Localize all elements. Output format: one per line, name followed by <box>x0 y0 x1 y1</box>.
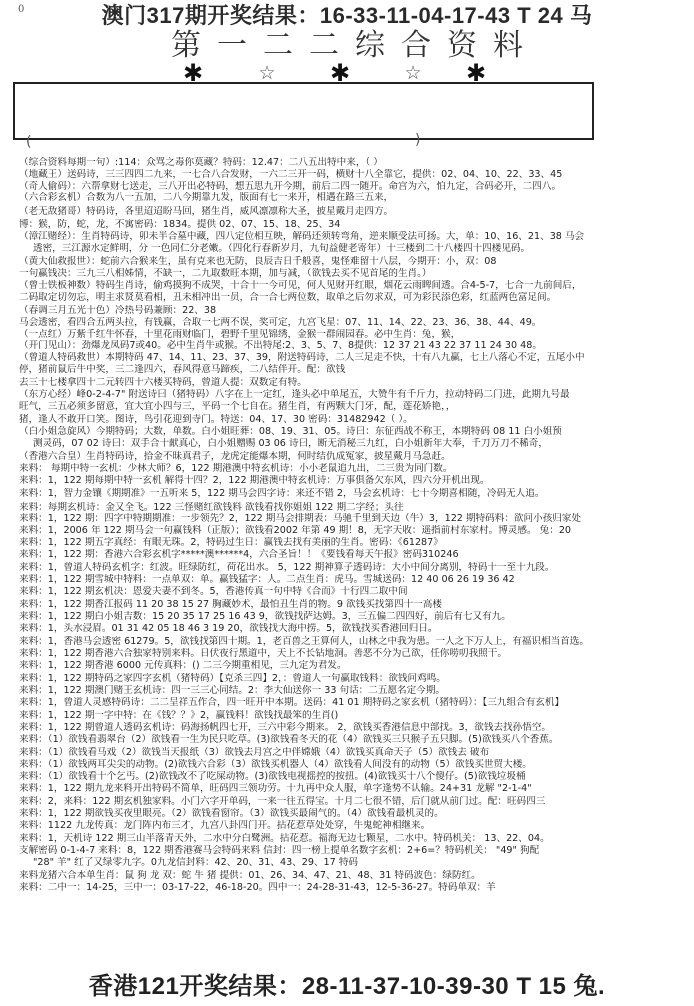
text-line: 支解密码 0-1-4-7 来料：8，122 期香港赛马会特码来料 信封：四一榜上… <box>19 845 679 857</box>
asterisk-star-icon: ✱ <box>330 62 350 84</box>
text-line: 来料：（1）欲钱看翡翠台（2）欲钱看一生为民只吃草。(3)欲钱看冬天的花（4）欲… <box>19 734 679 746</box>
asterisk-star-icon: ✱ <box>183 62 203 84</box>
text-line: 来料：1，122 期白小姐吉数：15 20 35 17 25 16 43 9，欲… <box>19 611 679 623</box>
text-line: 来料：1122 九龙传真：龙门阵内布三才，九宫八卦四门开。拈花惹草处处穿，牛鬼蛇… <box>19 820 679 832</box>
text-line: 二码取定切勿忘，明主求贤莫看相，丑未相冲出一员，合一合七两位数，取单之后勿求双，… <box>19 292 679 304</box>
text-line: （黄大仙救报世）：蛇前六合猴来生，虽有克来也无防，良辰吉日千般喜，鬼怪难留十八层… <box>19 256 679 268</box>
text-line: （曾道人特码救世）本期特码 47、14、11、23、37、39，附送特码诗，二人… <box>19 352 679 364</box>
text-line: 来料：（1）欲钱两耳尖尖的动物。(2)欲钱六合彩（3）欲钱买机器人（4）欲钱看人… <box>19 759 679 771</box>
text-line: 来料：1，香港马会透密 61279。5，欲钱找第四十期。1，老百兽之王算何人，山… <box>19 636 679 648</box>
text-line: （地藏王）送码诗，三三四四二九来，一七合八合发财，一六二三开一码，横财十八全靠它… <box>19 169 679 181</box>
text-line: （奇人偷码）：六帮拿财七送走，三八开出必特码，想五思九开今期，前后二四一随开。命… <box>19 181 679 193</box>
text-line: （香港六合皇）生肖特码诗，拾金不昧真君子，龙虎定能爆本期，何时结仇成冤家，披星戴… <box>19 451 679 463</box>
text-line: 来料：1，122 期香港六合独家特别来料。日伏夜行黑道中，天上不长钻地洞。善恶不… <box>19 648 679 660</box>
text-line: （东方心经）峰0-2-4-7" 附送诗曰（猪特码）八字在上一定红，逢头必中单尾五… <box>19 389 679 401</box>
star-decoration-row: ✱ ☆ ✱ ☆ ✱ <box>0 62 694 84</box>
text-line: 来料：2，来料：122 期玄机独家料。小门六字开单码，一来一往五得宝。十月二七很… <box>19 796 679 808</box>
document-body: （综合资料每期一句）:114：众骂之毒你莫藏？特码：12.47：二八五出特中来，… <box>19 157 679 894</box>
text-line: （曾士铁板神数）特码生肖诗，偷鸡摸狗不成哭，十合十一今可见，何人见财开红眼，烟花… <box>19 280 679 292</box>
text-line: 来料：1，122 期香江报码 11 20 38 15 27 胸藏妙术，最怕丑生肖… <box>19 599 679 611</box>
text-line: 来料：1，122 期雪城中特料：一点单双：单。赢钱猛字：人。二点生肖：虎马。雪城… <box>19 574 679 586</box>
text-line: 去三十七楼拿四十二元转四十六楼买特码，曾道人提：双数定有特。 <box>19 377 679 389</box>
text-line: （白小姐急旋风）今期特码；大数，单数。白小姐旺葬：08、19、31、05。诗曰：… <box>19 426 679 438</box>
text-line: （开门见山）：劲爆龙凤码7或40。必中生肖牛或猴。不出特尾:2、3、5、7、8提… <box>19 340 679 352</box>
text-line: 来料：二中一：14-25，三中一：03-17-22，46-18-20。四中一：2… <box>19 882 679 894</box>
text-line: 旺气，三五必须多留意，宜大宜小四与三，平码一个七自在。猪生肖，有两颗大门牙，配，… <box>19 401 679 413</box>
text-line: 来料：（1）欲钱看马戏（2）欲钱当天报纸（3）欲钱去月宫之中伴嫦娥（4）欲钱买真… <box>19 747 679 759</box>
text-line: 来料：1，122 期九龙来料开出特码不简单，旺码四三领功劳。十九再中众人服，单字… <box>19 783 679 795</box>
text-line: 来料：1，122 期：四字中特期期准：一步领先？2，122 期马会排期表：马驰千… <box>19 513 679 525</box>
text-line: 一句赢钱决：三九三八相姊情，不缺一，二九取数旺本期，加与减，（欲钱去买不见首尾的… <box>19 268 679 280</box>
text-line: 来料：1，122 期：香港六合彩玄机字*****澳******4，六合圣旨！！《… <box>19 549 679 561</box>
text-line: 来料：1，曾道人特码玄机字：红波。旺绿防红，荷花出水。 5，122 期神算子透码… <box>19 562 679 574</box>
text-line: 来料： 每期中特一玄机：少林大师？6，122 期港澳中特玄机诗：小小老鼠追九出，… <box>19 463 679 475</box>
text-line: （六合彩玄机）合数为八一五加，二八今期靠九发，版面有七一来开，相遇在路三五来， <box>19 192 679 204</box>
text-line: 来料：1，曾道人灵感特码诗：二二呈祥五作合，四一旺开中本期。送码：41 01 期… <box>19 697 679 709</box>
text-line: 猪，逢人不敢开口笑。图诗，鸟引花迎到寺门。特送：04、17、30 密码：3148… <box>19 414 679 426</box>
text-line: （漳江赌经）：生肖特码诗，卯未半合墓中藏，四八定位相互映，解码还须转弯角，逆来顺… <box>19 231 679 243</box>
text-line: 来料：1，122 期每期中特一玄机 解得十四？2，122 期港澳中特玄机诗：万事… <box>19 475 679 487</box>
text-line: （老无敌猪哥）特码诗，各里迢迢盼马回，猪生肖，威风凛凛称大圣，披星戴月走四方。 <box>19 206 679 218</box>
text-line: 来料：每期玄机诗：金又全飞。122 三怪赌红欲钱料 欲钱看找你姐姐 122 期二… <box>19 502 679 514</box>
right-paren-mark: ) <box>415 132 420 148</box>
text-line: 测灵码，07 02 诗曰：双手合十献真心，白小姐赠赐 03 06 诗曰，断无消秘… <box>19 438 679 450</box>
text-line: （综合资料每期一句）:114：众骂之毒你莫藏？特码：12.47：二八五出特中来，… <box>19 157 679 169</box>
hongkong-draw-result-footer: 香港121开奖结果：28-11-37-10-39-30 T 15 兔. <box>0 970 694 1004</box>
outline-star-icon: ☆ <box>257 62 277 84</box>
text-line: 来料：1，122 期五字真经：有眼无珠。2，特码过生日：赢钱去找有美丽的生肖。密… <box>19 537 679 549</box>
text-line: 来料：1，122 期特码之家四字玄机（猪特码）【克杀三四】2，：曾道人一句赢取钱… <box>19 673 679 685</box>
text-line: 来料：1，122 期一字中特：在《钱？？》2，赢钱料！欲钱找最笨的生肖() <box>19 710 679 722</box>
text-line: 博：猴，防，蛇，龙，不寓密码：1834。提供 02、07、15、18、25、34 <box>19 219 679 231</box>
text-line: 透密，三江源水定鲜明，分 一色同仁分老嫩。（四化行春新岁月，九旬益健老寄年）十三… <box>19 243 679 255</box>
text-line: "28" 羊" 红了又绿零九字。0九龙信封料：42、20、31、43、29、17… <box>19 857 679 869</box>
text-line: 来料：1，2006 年 122 期马会一句赢钱料（正版）；欲钱看2002 年第 … <box>19 525 679 537</box>
text-line: 来料：1，天机诗 122 期三山半落青天外，二水中分白鹭洲。拈花惹。福海无边七颗… <box>19 833 679 845</box>
text-line: 来料龙猪六合本单生肖：鼠 狗 龙 双：蛇 牛 猪 提供：01、26、34、47、… <box>19 870 679 882</box>
text-line: 来料：1，智力金镶《期期准》一五听来 5，122 期马会四字诗：来还不错 2，马… <box>19 488 679 500</box>
text-line: （春调三月五光十色）冷热号码兼顾：22、38 <box>19 305 679 317</box>
text-line: 停，猪前鼠后牛中奖，三二逢四六，春风得意马蹄疾，二八结伴开。配：欲钱 <box>19 364 679 376</box>
text-line: （一点红）万紫千红牛怀春，十里花雨财临门，碧野千里见锦绣，金猴一群闹园春。必中生… <box>19 329 679 341</box>
blank-banner-box <box>13 82 594 140</box>
text-line: 来料：1，122 期香港 6000 元传真料：() 二三今期重相见，三九定为君发… <box>19 660 679 672</box>
text-line: 来料：（1）欲钱看十个乞丐。(2)欲钱改不了吃屎动物。(3)欲钱电视摇控的按扭。… <box>19 771 679 783</box>
text-line: 马会透密，看四合五两头拉，有钱赢，合取一七两不误，奖可定，九宫飞星：07、11、… <box>19 317 679 329</box>
text-line: 来料：1，122 期澳门赌王玄机诗：四一三三心同结。2：李大仙送你一 33 句话… <box>19 685 679 697</box>
text-line: 来料：1，122 期欲钱买夜里眼亮。（2）欲钱看窗帘。（3）欲钱买最闹气的。（4… <box>19 808 679 820</box>
text-line: 来料：1，122 期曾道人透码玄机诗：码海扬帆四七开，三六中彩今期来。 2，欲钱… <box>19 722 679 734</box>
outline-star-icon: ☆ <box>403 62 423 84</box>
left-paren-mark: ( <box>26 134 31 150</box>
text-line: 来料：1，122 期玄机决：恩爱夫妻不到冬。5，香港传真一句中特《合而》十行四二… <box>19 586 679 598</box>
text-line: 来料：1，头水浸眉。01 31 42 05 18 46 3 19 20，欲钱找大… <box>19 623 679 635</box>
asterisk-star-icon: ✱ <box>466 62 486 84</box>
